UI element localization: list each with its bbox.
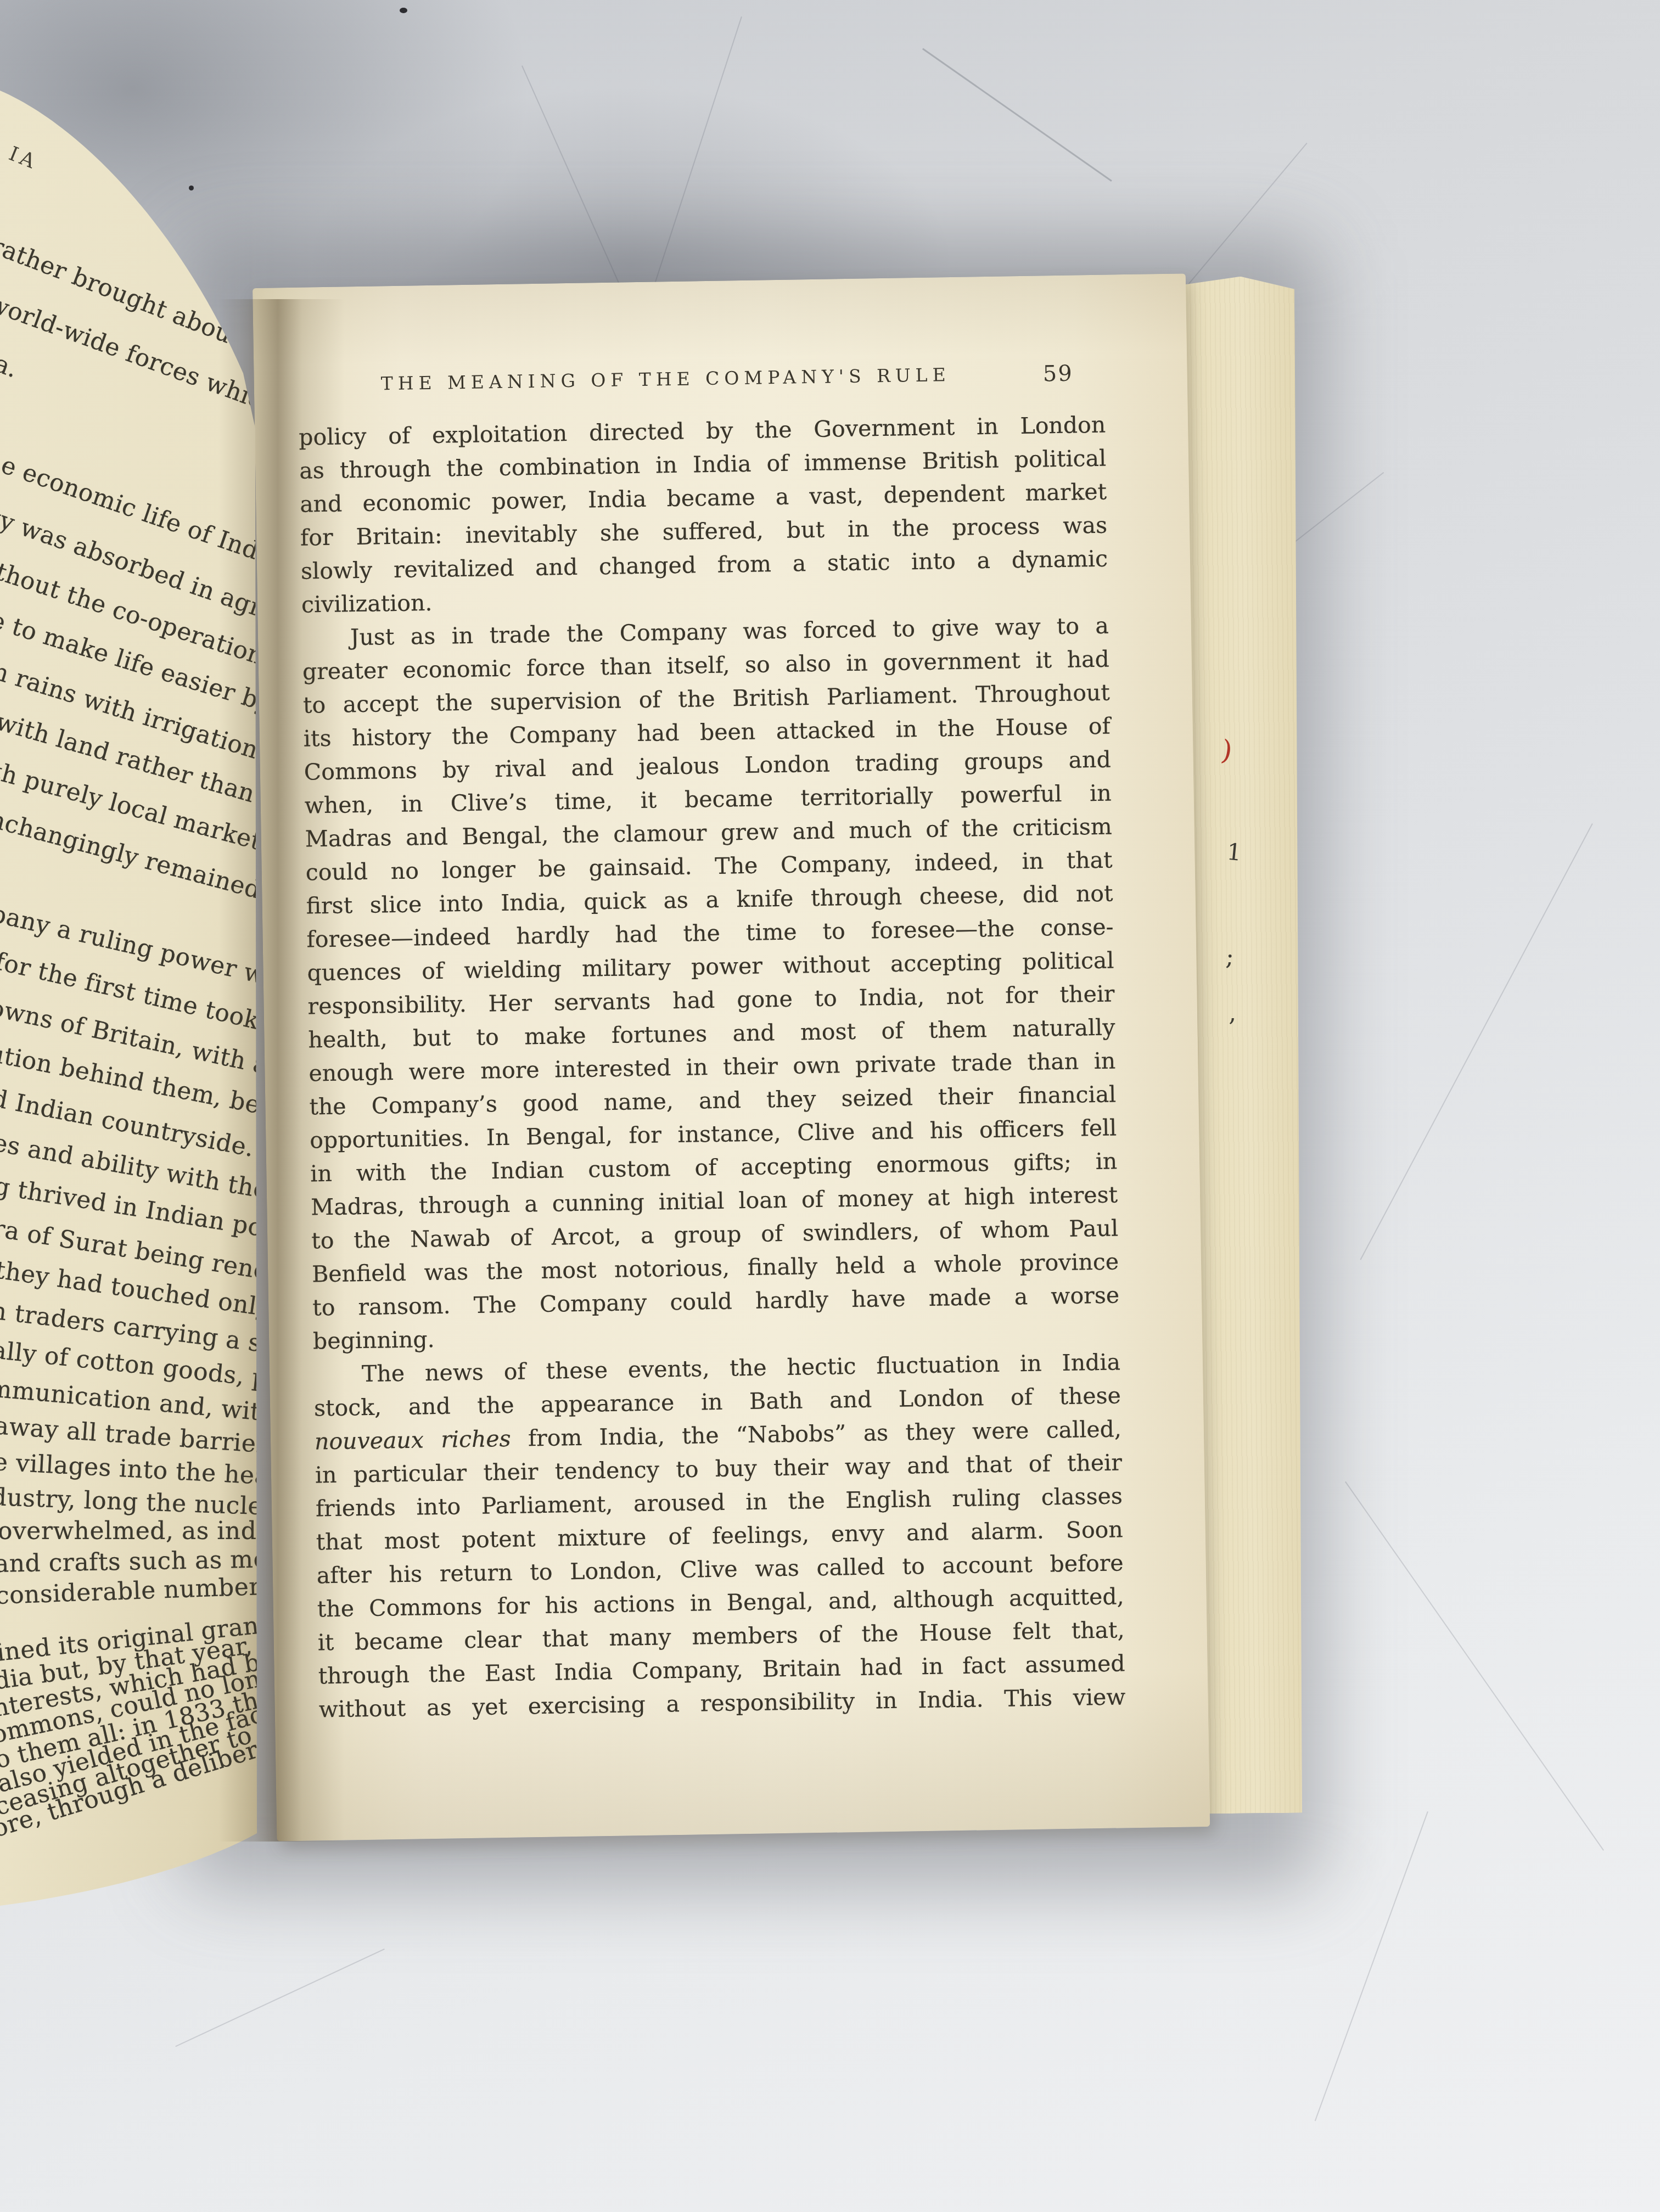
left-page-text-fragment: a. bbox=[0, 350, 21, 384]
left-page-text-fragment: overwhelmed, as indeed bbox=[0, 1517, 301, 1545]
body-text-line-rest: from India, the “Nabobs” as they were ca… bbox=[511, 1416, 1121, 1451]
chapter-title: THE MEANING OF THE COMPANY'S RULE bbox=[298, 363, 1033, 396]
running-header-fragment: IA bbox=[5, 142, 42, 174]
scratch-line bbox=[922, 48, 1112, 182]
dust-speck bbox=[400, 8, 407, 13]
page-number: 59 bbox=[1042, 361, 1073, 387]
right-page: THE MEANING OF THE COMPANY'S RULE 59 pol… bbox=[253, 273, 1210, 1841]
ink-edge-mark: 1 bbox=[1226, 840, 1243, 864]
scratch-line bbox=[1315, 1811, 1428, 2121]
body-text: policy of exploitation directed by the G… bbox=[299, 408, 1126, 1727]
scratch-line bbox=[1345, 1481, 1604, 1851]
red-ink-edge-mark: ) bbox=[1219, 736, 1234, 765]
italic-phrase: nouveaux riches bbox=[315, 1425, 511, 1455]
ink-edge-mark: , bbox=[1229, 1001, 1236, 1025]
scratch-line bbox=[175, 1949, 384, 2047]
running-header: THE MEANING OF THE COMPANY'S RULE 59 bbox=[298, 362, 1105, 409]
scratch-line bbox=[1360, 823, 1592, 1260]
ink-edge-mark: ; bbox=[1225, 945, 1235, 970]
book-photo: ) 1 ; , THE MEANING OF THE COMPANY'S RUL… bbox=[0, 0, 1660, 2212]
dust-speck bbox=[189, 186, 194, 190]
